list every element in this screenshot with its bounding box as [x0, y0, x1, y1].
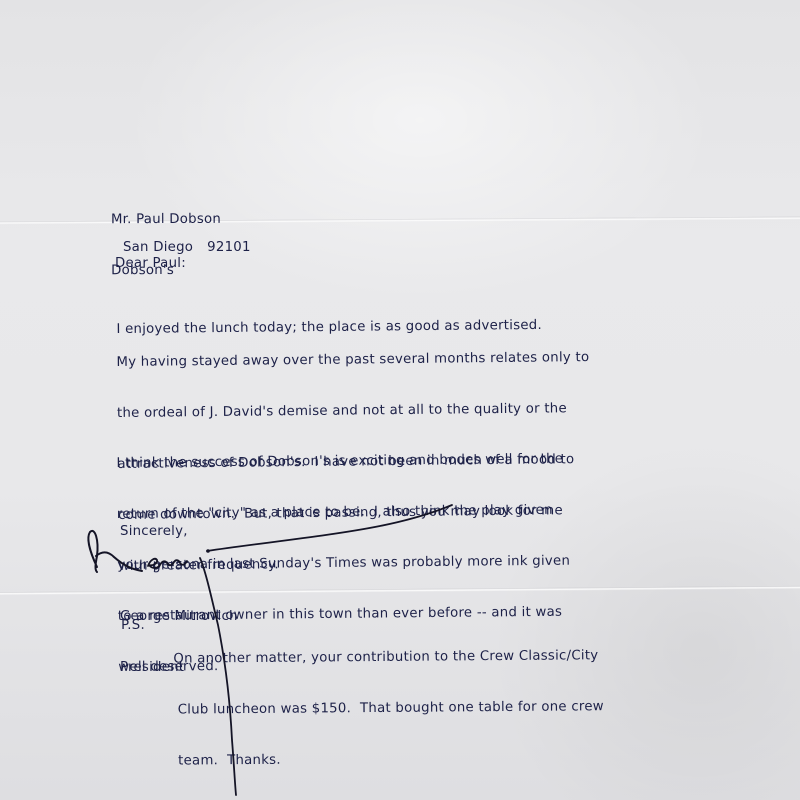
- salutation: Dear Paul:: [115, 255, 186, 272]
- postscript-label: P.S.: [121, 617, 145, 634]
- postscript-body: On another matter, your contribution to …: [173, 613, 605, 800]
- postscript-line: team. Thanks.: [174, 749, 604, 769]
- postscript-line: Club luncheon was $150. That bought one …: [174, 698, 604, 718]
- recipient-city: San Diego: [123, 240, 193, 255]
- recipient-address: San Diego92101: [114, 222, 251, 256]
- recipient-zip: 92101: [207, 240, 251, 255]
- paragraph-line: My having stayed away over the past seve…: [116, 349, 589, 371]
- paragraph-line: your persona in last Sunday's Times was …: [117, 553, 570, 574]
- postscript: P.S. On another matter, your contributio…: [121, 617, 130, 668]
- paragraph-line: return of the "city" as a place to be. I…: [117, 502, 570, 523]
- postscript-line: On another matter, your contribution to …: [173, 647, 603, 667]
- paragraph-line: I think the success of Dobson's is excit…: [116, 451, 569, 472]
- closing: Sincerely,: [120, 523, 188, 540]
